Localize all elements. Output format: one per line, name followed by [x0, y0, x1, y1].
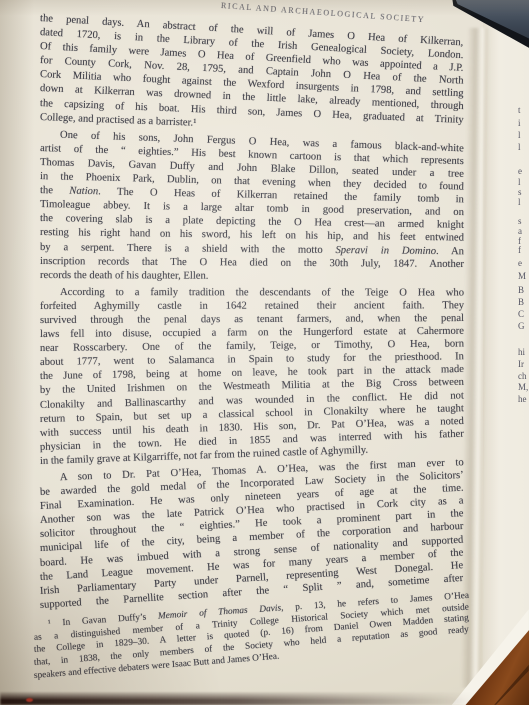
edge-letter-fragment: t [518, 106, 521, 115]
book-page-photo: tillelslsaffeMBBCGhiIrchM,he RICAL AND A… [0, 0, 529, 705]
edge-letter-fragment: G [518, 322, 525, 331]
red-speck [26, 698, 33, 702]
edge-letter-fragment: B [518, 298, 524, 307]
edge-letter-fragment: he [518, 395, 527, 404]
edge-letter-fragment: B [518, 286, 524, 295]
edge-letter-fragment: s [518, 188, 522, 197]
edge-letter-fragment: M, [518, 383, 528, 392]
edge-letter-fragment: l [518, 131, 521, 140]
text-column: the penal days. An abstract of the will … [40, 12, 464, 682]
edge-letter-fragment: hi [518, 348, 525, 357]
edge-letter-fragment: a [518, 227, 522, 236]
paragraph-4: A son to Dr. Pat O’Hea, Thomas A. O’Hea,… [40, 472, 464, 613]
edge-letter-fragment: l [518, 198, 521, 207]
edge-letter-fragment: f [518, 246, 521, 255]
paragraph-3: According to a family tradition the desc… [40, 286, 464, 469]
book-cover-edge [443, 0, 529, 52]
edge-letter-fragment: s [518, 217, 522, 226]
edge-letter-fragment: l [518, 143, 521, 152]
wood-table-surface [437, 609, 529, 705]
text-line: According to a family tradition the desc… [40, 286, 464, 301]
edge-letter-fragment: C [518, 310, 524, 319]
edge-letter-fragment: Ir [518, 360, 524, 369]
footnote: ¹ In Gavan Duffy’s Memoir of Thomas Davi… [34, 619, 470, 682]
text-line: records the death of his daughter, Ellen… [40, 269, 464, 285]
paragraph-1: the penal days. An abstract of the will … [40, 12, 464, 125]
facing-page-letter-fragments: tillelslsaffeMBBCGhiIrchM,he [514, 0, 529, 705]
edge-letter-fragment: ch [518, 372, 527, 381]
paragraph-2: One of his sons, John Fergus O Hea, was … [40, 128, 464, 283]
table-corner [437, 609, 529, 705]
edge-letter-fragment: e [518, 259, 522, 268]
cover-navy-board [443, 0, 529, 52]
edge-letter-fragment: e [518, 167, 522, 176]
edge-letter-fragment: l [518, 178, 521, 187]
edge-letter-fragment: M [518, 272, 526, 281]
edge-letter-fragment: i [518, 119, 521, 128]
